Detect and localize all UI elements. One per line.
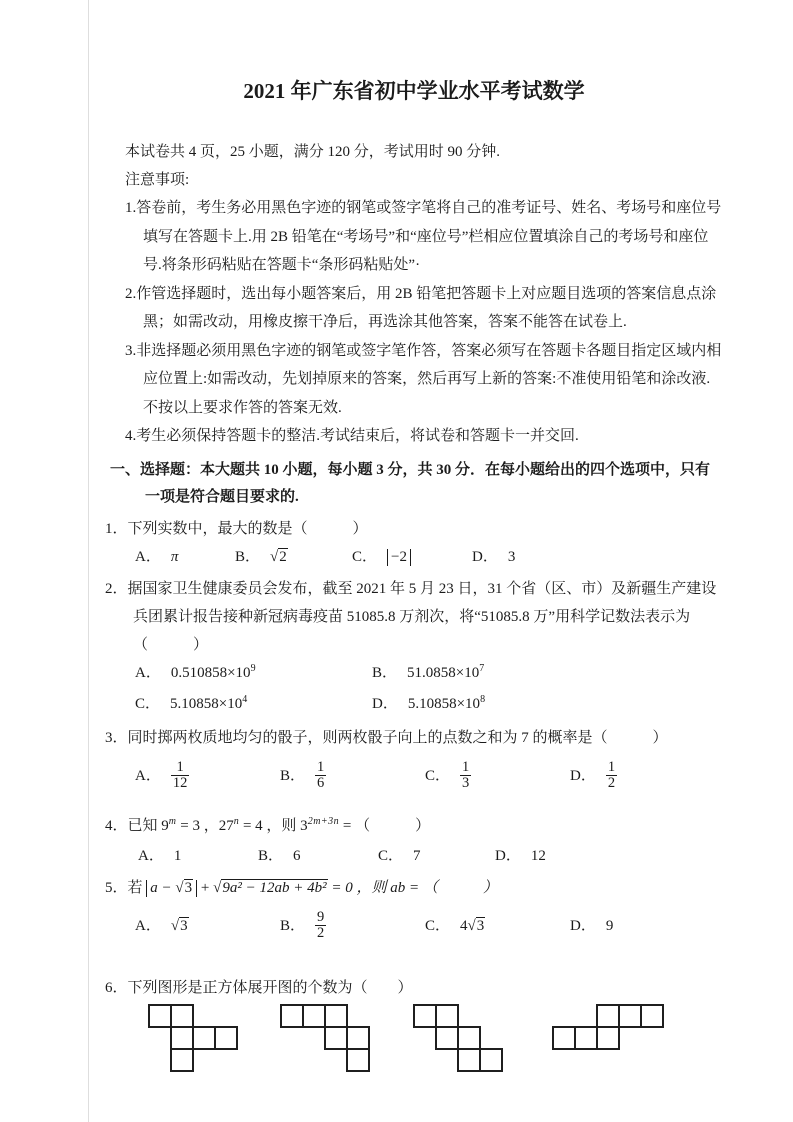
option-label: B． xyxy=(372,665,397,681)
option-2b: B．51.0858×107 xyxy=(372,659,723,689)
question-4: 4．已知 9m = 3 ，27n = 4 ，则 32m+3n = （ ） A．1… xyxy=(105,812,723,870)
option-3d: D．12 xyxy=(570,760,723,791)
option-label: C． xyxy=(378,848,403,864)
option-label: B． xyxy=(280,912,305,940)
option-label: A． xyxy=(135,912,161,940)
option-4d: D．12 xyxy=(495,842,723,870)
fraction: 16 xyxy=(315,760,326,791)
option-value: 3 xyxy=(508,549,516,565)
option-4a: A．1 xyxy=(138,842,258,870)
option-5d: D．9 xyxy=(570,912,723,940)
option-label: D． xyxy=(372,696,398,712)
fraction: 12 xyxy=(606,760,617,791)
option-3a: A．112 xyxy=(135,760,280,791)
sqrt-expression: 9a² − 12ab + 4b² xyxy=(213,879,327,896)
option-label: C． xyxy=(352,549,377,565)
exam-info-line: 本试卷共 4 页，25 小题，满分 120 分，考试用时 90 分钟. xyxy=(125,138,723,166)
exponent: 9 xyxy=(251,663,256,674)
option-1a: A．π xyxy=(135,543,235,571)
exponent-2m3n: 2m+3n xyxy=(308,816,339,827)
page-title: 2021 年广东省初中学业水平考试数学 xyxy=(105,78,723,104)
question-5: 5．若 a − 3 + 9a² − 12ab + 4b² = 0 ，则 ab =… xyxy=(105,874,723,948)
net-cell xyxy=(435,1026,459,1050)
question-1: 1．下列实数中，最大的数是（ ） A．π B．2 C．−2 D．3 xyxy=(105,515,723,571)
net-cell xyxy=(346,1026,370,1050)
option-5a: A．3 xyxy=(135,912,280,940)
net-cell xyxy=(148,1004,172,1028)
option-label: B． xyxy=(235,549,260,565)
net-cell xyxy=(413,1004,437,1028)
net-cell xyxy=(479,1048,503,1072)
question-2: 2．据国家卫生健康委员会发布，截至 2021 年 5 月 23 日，31 个省（… xyxy=(105,575,723,720)
question-6-stem: 6．下列图形是正方体展开图的个数为（ ） xyxy=(105,974,723,1002)
question-6: 6．下列图形是正方体展开图的个数为（ ） xyxy=(105,974,723,1076)
net-cell xyxy=(280,1004,304,1028)
stem-text: = 0 ，则 ab = （ ） xyxy=(328,880,498,896)
net-cell xyxy=(457,1026,481,1050)
option-value: 9 xyxy=(606,912,614,940)
option-3b: B．16 xyxy=(280,760,425,791)
option-value: 6 xyxy=(293,848,301,864)
option-label: C． xyxy=(425,762,450,790)
option-value: 51.0858×10 xyxy=(407,665,479,681)
option-value: 5.10858×10 xyxy=(408,696,480,712)
net-cell xyxy=(574,1026,598,1050)
option-label: D． xyxy=(495,848,521,864)
question-3-stem: 3．同时掷两枚质地均匀的骰子，则两枚骰子向上的点数之和为 7 的概率是（ ） xyxy=(105,724,723,752)
net-cell xyxy=(170,1026,194,1050)
option-1c: C．−2 xyxy=(352,543,472,571)
net-cell xyxy=(170,1004,194,1028)
net-cell xyxy=(170,1048,194,1072)
question-5-stem: 5．若 a − 3 + 9a² − 12ab + 4b² = 0 ，则 ab =… xyxy=(105,874,723,902)
net-cell xyxy=(552,1026,576,1050)
exponent: 8 xyxy=(480,694,485,705)
notice-item-3: 3.非选择题必须用黑色字迹的钢笔或签字笔作答，答案必须写在答题卡各题目指定区域内… xyxy=(125,337,723,423)
option-label: B． xyxy=(280,762,305,790)
notice-item-1: 1.答卷前，考生务必用黑色字迹的钢笔或签字笔将自己的准考证号、姓名、考场号和座位… xyxy=(125,194,723,280)
option-label: C． xyxy=(135,696,160,712)
option-value: 0.510858×10 xyxy=(171,665,251,681)
stem-text: = 3 ，27 xyxy=(177,818,234,834)
net-cell xyxy=(640,1004,664,1028)
option-4b: B．6 xyxy=(258,842,378,870)
option-1d: D．3 xyxy=(472,543,723,571)
stem-text: + xyxy=(197,880,213,896)
exponent-m: m xyxy=(169,816,177,827)
stem-text: = 4 ，则 3 xyxy=(239,818,307,834)
question-3-options: A．112 B．16 C．13 D．12 xyxy=(105,754,723,798)
net-cell xyxy=(618,1004,642,1028)
option-5c: C．43 xyxy=(425,912,570,940)
option-label: A． xyxy=(135,762,161,790)
net-cell xyxy=(346,1048,370,1072)
net-cell xyxy=(457,1048,481,1072)
notice-list: 1.答卷前，考生务必用黑色字迹的钢笔或签字笔将自己的准考证号、姓名、考场号和座位… xyxy=(105,194,723,451)
option-2c: C．5.10858×104 xyxy=(135,690,372,720)
option-value: 5.10858×10 xyxy=(170,696,242,712)
option-label: D． xyxy=(570,762,596,790)
sqrt-expression: 3 xyxy=(175,879,193,896)
option-label: A． xyxy=(135,549,161,565)
option-3c: C．13 xyxy=(425,760,570,791)
net-cell xyxy=(596,1026,620,1050)
option-label: B． xyxy=(258,848,283,864)
section-1-heading: 一、选择题：本大题共 10 小题，每小题 3 分，共 30 分．在每小题给出的四… xyxy=(110,457,723,511)
absolute-value-expression: −2 xyxy=(387,549,411,566)
net-cell xyxy=(192,1026,216,1050)
notice-heading: 注意事项: xyxy=(125,166,723,194)
option-5b: B．92 xyxy=(280,910,425,941)
net-cell xyxy=(435,1004,459,1028)
question-3: 3．同时掷两枚质地均匀的骰子，则两枚骰子向上的点数之和为 7 的概率是（ ） A… xyxy=(105,724,723,798)
option-2a: A．0.510858×109 xyxy=(135,659,372,689)
option-label: A． xyxy=(138,848,164,864)
option-2d: D．5.10858×108 xyxy=(372,690,723,720)
option-label: D． xyxy=(570,912,596,940)
notice-item-4: 4.考生必须保持答题卡的整洁.考试结束后，将试卷和答题卡一并交回. xyxy=(125,422,723,451)
option-1b: B．2 xyxy=(235,543,352,571)
option-value: 1 xyxy=(174,848,182,864)
net-cell xyxy=(324,1026,348,1050)
exam-paper-page: 2021 年广东省初中学业水平考试数学 本试卷共 4 页，25 小题，满分 12… xyxy=(0,0,793,1122)
sqrt-expression: 3 xyxy=(468,912,486,940)
option-value: π xyxy=(171,549,179,565)
question-2-options: A．0.510858×109 B．51.0858×107 C．5.10858×1… xyxy=(105,659,723,720)
net-cell xyxy=(324,1004,348,1028)
exponent-n: n xyxy=(234,816,240,827)
question-4-stem: 4．已知 9m = 3 ，27n = 4 ，则 32m+3n = （ ） xyxy=(105,812,723,842)
net-cell xyxy=(214,1026,238,1050)
question-4-options: A．1 B．6 C．7 D．12 xyxy=(105,842,723,870)
stem-text: = （ ） xyxy=(339,818,430,834)
stem-text: 5．若 xyxy=(105,880,146,896)
question-2-stem: 2．据国家卫生健康委员会发布，截至 2021 年 5 月 23 日，31 个省（… xyxy=(105,575,723,659)
absolute-value-expression: a − 3 xyxy=(146,880,197,897)
option-label: C． xyxy=(425,912,450,940)
net-cell xyxy=(596,1004,620,1028)
question-5-options: A．3 B．92 C．43 D．9 xyxy=(105,904,723,948)
scan-margin-line xyxy=(88,0,89,1122)
fraction: 13 xyxy=(460,760,471,791)
exponent: 4 xyxy=(242,694,247,705)
coefficient: 4 xyxy=(460,912,468,940)
fraction: 92 xyxy=(315,910,326,941)
option-4c: C．7 xyxy=(378,842,495,870)
question-1-options: A．π B．2 C．−2 D．3 xyxy=(105,543,723,571)
option-value: 7 xyxy=(413,848,421,864)
net-cell xyxy=(302,1004,326,1028)
option-label: A． xyxy=(135,665,161,681)
stem-text: 4．已知 9 xyxy=(105,818,169,834)
sqrt-expression: 3 xyxy=(171,912,189,940)
fraction: 112 xyxy=(171,760,190,791)
notice-item-2: 2.作管选择题时，选出每小题答案后，用 2B 铅笔把答题卡上对应题目选项的答案信… xyxy=(125,280,723,337)
exponent: 7 xyxy=(479,663,484,674)
cube-net-figures xyxy=(105,1004,723,1076)
question-1-stem: 1．下列实数中，最大的数是（ ） xyxy=(105,515,723,543)
option-label: D． xyxy=(472,549,498,565)
sqrt-expression: 2 xyxy=(270,548,288,565)
option-value: 12 xyxy=(531,848,546,864)
